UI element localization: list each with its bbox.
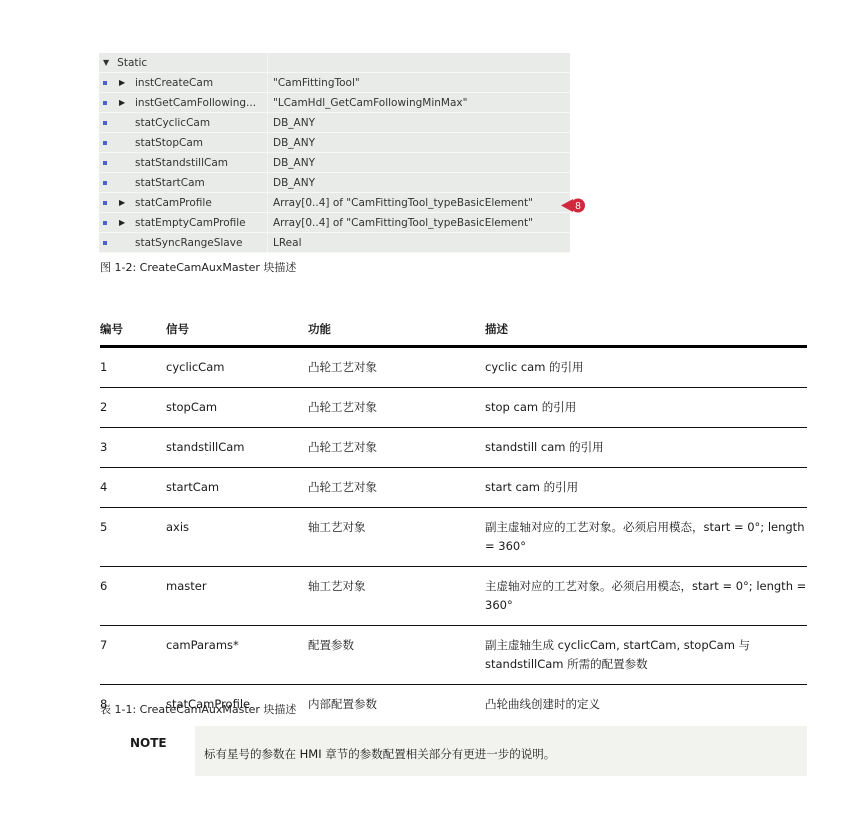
- header-function: 功能: [308, 321, 485, 337]
- block-interface-screenshot: ▼ Static ▶instCreateCam"CamFittingTool"▶…: [99, 53, 570, 253]
- callout-marker-icon: 8: [561, 198, 587, 213]
- variable-type: DB_ANY: [273, 137, 315, 149]
- row-signal: camParams*: [166, 626, 308, 684]
- variable-bullet-icon: [103, 101, 107, 105]
- variable-name: statCyclicCam: [129, 117, 210, 129]
- row-description: 副主虚轴生成 cyclicCam, startCam, stopCam 与 st…: [485, 626, 807, 684]
- variable-name: statStopCam: [129, 137, 203, 149]
- table-row: 4startCam凸轮工艺对象start cam 的引用: [100, 468, 807, 508]
- variable-bullet-icon: [103, 141, 107, 145]
- variable-name: instCreateCam: [129, 77, 213, 89]
- row-description: 主虚轴对应的工艺对象。必须启用模态，start = 0°; length = 3…: [485, 567, 807, 625]
- row-description: 副主虚轴对应的工艺对象。必须启用模态，start = 0°; length = …: [485, 508, 807, 566]
- variable-name: instGetCamFollowing...: [129, 97, 256, 109]
- interface-row[interactable]: ▶instCreateCam"CamFittingTool": [99, 73, 570, 93]
- expand-triangle-icon[interactable]: ▶: [119, 198, 129, 207]
- table-row: 5axis轴工艺对象副主虚轴对应的工艺对象。必须启用模态，start = 0°;…: [100, 508, 807, 567]
- row-description: standstill cam 的引用: [485, 428, 807, 467]
- table-row: 3standstillCam凸轮工艺对象standstill cam 的引用: [100, 428, 807, 468]
- interface-row[interactable]: ▶statCamProfileArray[0..4] of "CamFittin…: [99, 193, 570, 213]
- variable-type: DB_ANY: [273, 177, 315, 189]
- row-number: 6: [100, 567, 166, 625]
- variable-type: Array[0..4] of "CamFittingTool_typeBasic…: [273, 217, 533, 229]
- note-label: NOTE: [130, 736, 167, 750]
- variable-bullet-icon: [103, 221, 107, 225]
- expand-triangle-icon[interactable]: ▶: [119, 218, 129, 227]
- row-number: 1: [100, 348, 166, 387]
- variable-bullet-icon: [103, 81, 107, 85]
- row-function: 凸轮工艺对象: [308, 428, 485, 467]
- row-function: 配置参数: [308, 626, 485, 684]
- row-function: 轴工艺对象: [308, 567, 485, 625]
- row-function: 内部配置参数: [308, 685, 485, 724]
- row-function: 轴工艺对象: [308, 508, 485, 566]
- interface-row[interactable]: statStartCamDB_ANY: [99, 173, 570, 193]
- variable-type: "CamFittingTool": [273, 77, 360, 89]
- row-function: 凸轮工艺对象: [308, 388, 485, 427]
- row-number: 2: [100, 388, 166, 427]
- interface-row[interactable]: ▶statEmptyCamProfileArray[0..4] of "CamF…: [99, 213, 570, 233]
- collapse-triangle-icon[interactable]: ▼: [103, 58, 109, 67]
- figure-caption: 图 1-2: CreateCamAuxMaster 块描述: [100, 259, 296, 275]
- variable-name: statEmptyCamProfile: [129, 217, 246, 229]
- interface-row[interactable]: statCyclicCamDB_ANY: [99, 113, 570, 133]
- table-header-row: 编号 信号 功能 描述: [100, 312, 807, 348]
- variable-bullet-icon: [103, 121, 107, 125]
- variable-type: DB_ANY: [273, 157, 315, 169]
- row-signal: stopCam: [166, 388, 308, 427]
- static-section-header[interactable]: ▼ Static: [99, 53, 570, 73]
- row-signal: cyclicCam: [166, 348, 308, 387]
- row-description: cyclic cam 的引用: [485, 348, 807, 387]
- header-number: 编号: [100, 321, 166, 337]
- variable-bullet-icon: [103, 241, 107, 245]
- block-description-table: 编号 信号 功能 描述 1cyclicCam凸轮工艺对象cyclic cam 的…: [100, 312, 807, 724]
- row-description: start cam 的引用: [485, 468, 807, 507]
- row-function: 凸轮工艺对象: [308, 348, 485, 387]
- table-caption: 表 1-1: CreateCamAuxMaster 块描述: [100, 701, 296, 717]
- row-number: 5: [100, 508, 166, 566]
- row-signal: standstillCam: [166, 428, 308, 467]
- row-signal: axis: [166, 508, 308, 566]
- row-description: 凸轮曲线创建时的定义: [485, 685, 807, 724]
- note-text: 标有星号的参数在 HMI 章节的参数配置相关部分有更进一步的说明。: [195, 726, 807, 776]
- table-row: 6master轴工艺对象主虚轴对应的工艺对象。必须启用模态，start = 0°…: [100, 567, 807, 626]
- table-row: 2stopCam凸轮工艺对象stop cam 的引用: [100, 388, 807, 428]
- expand-triangle-icon[interactable]: ▶: [119, 98, 129, 107]
- variable-type: DB_ANY: [273, 117, 315, 129]
- interface-row[interactable]: statStopCamDB_ANY: [99, 133, 570, 153]
- row-description: stop cam 的引用: [485, 388, 807, 427]
- row-function: 凸轮工艺对象: [308, 468, 485, 507]
- row-signal: master: [166, 567, 308, 625]
- section-label: Static: [117, 57, 147, 69]
- row-number: 7: [100, 626, 166, 684]
- interface-row[interactable]: statStandstillCamDB_ANY: [99, 153, 570, 173]
- header-signal: 信号: [166, 321, 308, 337]
- row-number: 3: [100, 428, 166, 467]
- variable-name: statCamProfile: [129, 197, 212, 209]
- table-row: 7camParams*配置参数副主虚轴生成 cyclicCam, startCa…: [100, 626, 807, 685]
- variable-type: Array[0..4] of "CamFittingTool_typeBasic…: [273, 197, 533, 209]
- expand-triangle-icon[interactable]: ▶: [119, 78, 129, 87]
- interface-row[interactable]: ▶instGetCamFollowing..."LCamHdl_GetCamFo…: [99, 93, 570, 113]
- variable-type: "LCamHdl_GetCamFollowingMinMax": [273, 97, 467, 109]
- variable-name: statStartCam: [129, 177, 205, 189]
- variable-bullet-icon: [103, 181, 107, 185]
- svg-text:8: 8: [575, 201, 581, 212]
- row-number: 4: [100, 468, 166, 507]
- variable-name: statStandstillCam: [129, 157, 228, 169]
- row-signal: startCam: [166, 468, 308, 507]
- interface-row[interactable]: statSyncRangeSlaveLReal: [99, 233, 570, 253]
- variable-type: LReal: [273, 237, 302, 249]
- header-description: 描述: [485, 321, 807, 337]
- variable-bullet-icon: [103, 161, 107, 165]
- variable-name: statSyncRangeSlave: [129, 237, 242, 249]
- table-row: 1cyclicCam凸轮工艺对象cyclic cam 的引用: [100, 348, 807, 388]
- variable-bullet-icon: [103, 201, 107, 205]
